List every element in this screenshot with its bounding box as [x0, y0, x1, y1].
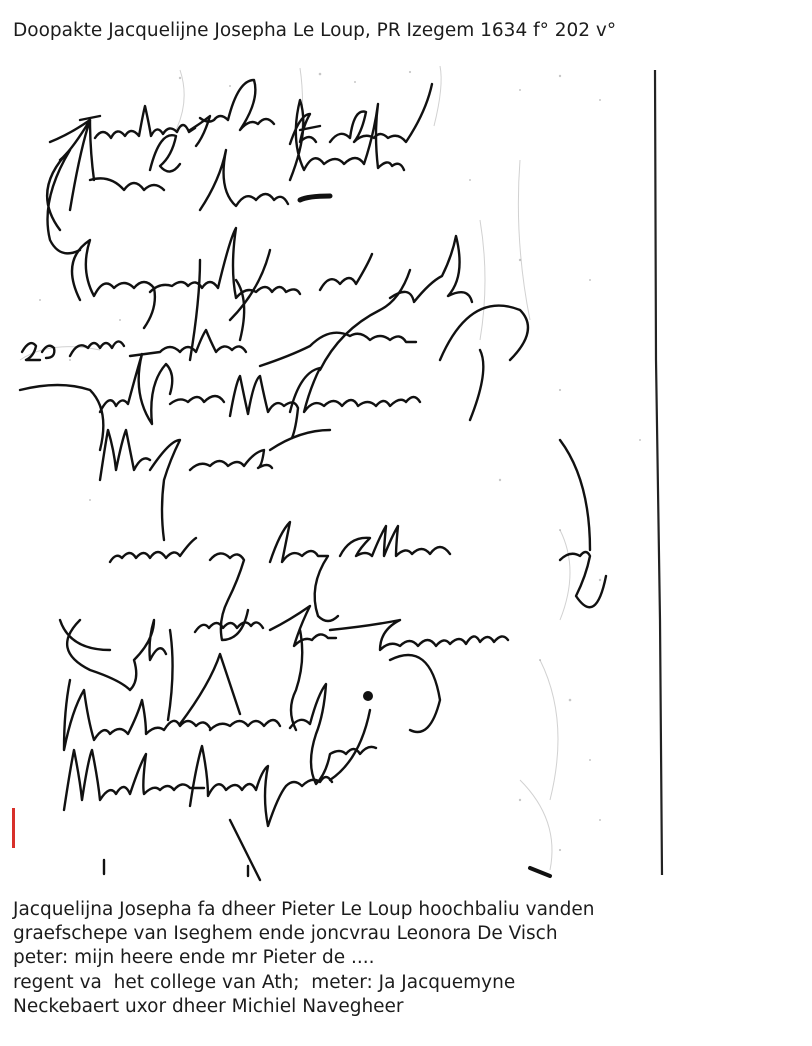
handwriting-illustration: [0, 60, 812, 882]
margin-rule-line: [655, 70, 662, 875]
transcription-text: Jacquelijna Josepha fa dheer Pieter Le L…: [13, 898, 803, 1019]
transcription-line: regent va het college van Ath; meter: Ja…: [13, 971, 803, 995]
transcription-line: graefschepe van Iseghem ende joncvrau Le…: [13, 922, 803, 946]
document-title: Doopakte Jacquelijne Josepha Le Loup, PR…: [13, 20, 616, 41]
transcription-line: Jacquelijna Josepha fa dheer Pieter Le L…: [13, 898, 803, 922]
red-margin-mark: [12, 808, 15, 848]
transcription-line: Neckebaert uxor dheer Michiel Navegheer: [13, 995, 803, 1019]
transcription-line: peter: mijn heere ende mr Pieter de ....: [13, 946, 803, 970]
manuscript-scan-image: [0, 60, 812, 882]
